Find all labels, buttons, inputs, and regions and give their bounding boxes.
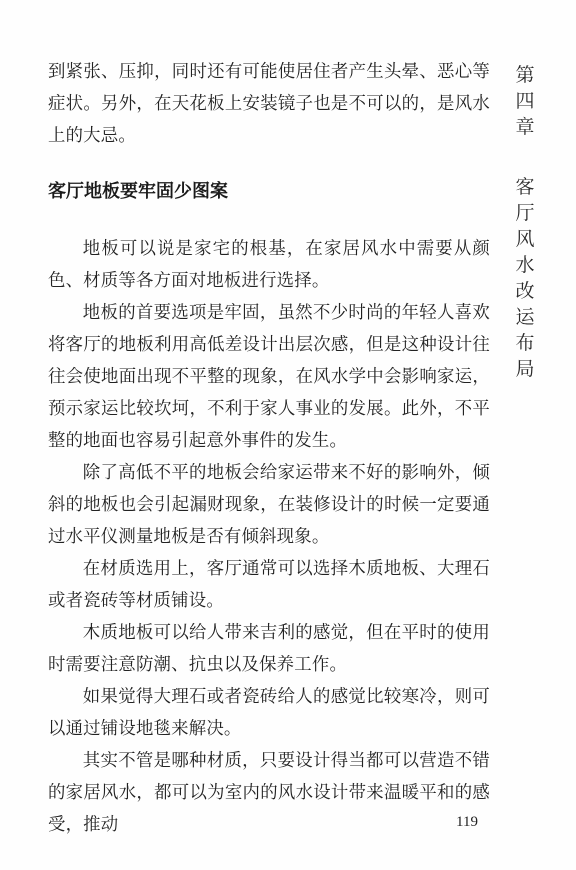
chapter-title-char: 客 bbox=[510, 174, 540, 200]
chapter-title-char: 运 bbox=[510, 304, 540, 330]
chapter-title-char: 局 bbox=[510, 356, 540, 382]
book-page: 到紧张、压抑，同时还有可能使居住者产生头晕、恶心等症状。另外，在天花板上安装镜子… bbox=[0, 0, 576, 870]
chapter-title-char: 厅 bbox=[510, 200, 540, 226]
chapter-title: 客 厅 风 水 改 运 布 局 bbox=[510, 174, 540, 382]
chapter-side-tab: 第 四 章 客 厅 风 水 改 运 布 局 bbox=[510, 62, 540, 382]
chapter-char: 四 bbox=[510, 88, 540, 114]
chapter-char: 第 bbox=[510, 62, 540, 88]
chapter-title-char: 水 bbox=[510, 252, 540, 278]
paragraph: 地板可以说是家宅的根基，在家居风水中需要从颜色、材质等各方面对地板进行选择。 bbox=[48, 233, 490, 297]
continued-paragraph: 到紧张、压抑，同时还有可能使居住者产生头晕、恶心等症状。另外，在天花板上安装镜子… bbox=[48, 56, 490, 152]
chapter-title-char: 布 bbox=[510, 330, 540, 356]
paragraph: 除了高低不平的地板会给家运带来不好的影响外，倾斜的地板也会引起漏财现象，在装修设… bbox=[48, 457, 490, 553]
paragraph: 其实不管是哪种材质，只要设计得当都可以营造不错的家居风水，都可以为室内的风水设计… bbox=[48, 745, 490, 841]
section-body: 地板可以说是家宅的根基，在家居风水中需要从颜色、材质等各方面对地板进行选择。 地… bbox=[48, 233, 490, 841]
paragraph: 地板的首要选项是牢固，虽然不少时尚的年轻人喜欢将客厅的地板利用高低差设计出层次感… bbox=[48, 297, 490, 457]
chapter-char: 章 bbox=[510, 114, 540, 140]
paragraph: 如果觉得大理石或者瓷砖给人的感觉比较寒冷，则可以通过铺设地毯来解决。 bbox=[48, 681, 490, 745]
chapter-title-char: 风 bbox=[510, 226, 540, 252]
section-heading: 客厅地板要牢固少图案 bbox=[48, 178, 228, 206]
paragraph: 在材质选用上，客厅通常可以选择木质地板、大理石或者瓷砖等材质铺设。 bbox=[48, 553, 490, 617]
paragraph: 木质地板可以给人带来吉利的感觉，但在平时的使用时需要注意防潮、抗虫以及保养工作。 bbox=[48, 617, 490, 681]
continued-text-block: 到紧张、压抑，同时还有可能使居住者产生头晕、恶心等症状。另外，在天花板上安装镜子… bbox=[48, 56, 490, 152]
chapter-tab-spacer bbox=[510, 140, 540, 174]
page-number: 119 bbox=[456, 814, 478, 831]
chapter-number: 第 四 章 bbox=[510, 62, 540, 140]
chapter-title-char: 改 bbox=[510, 278, 540, 304]
